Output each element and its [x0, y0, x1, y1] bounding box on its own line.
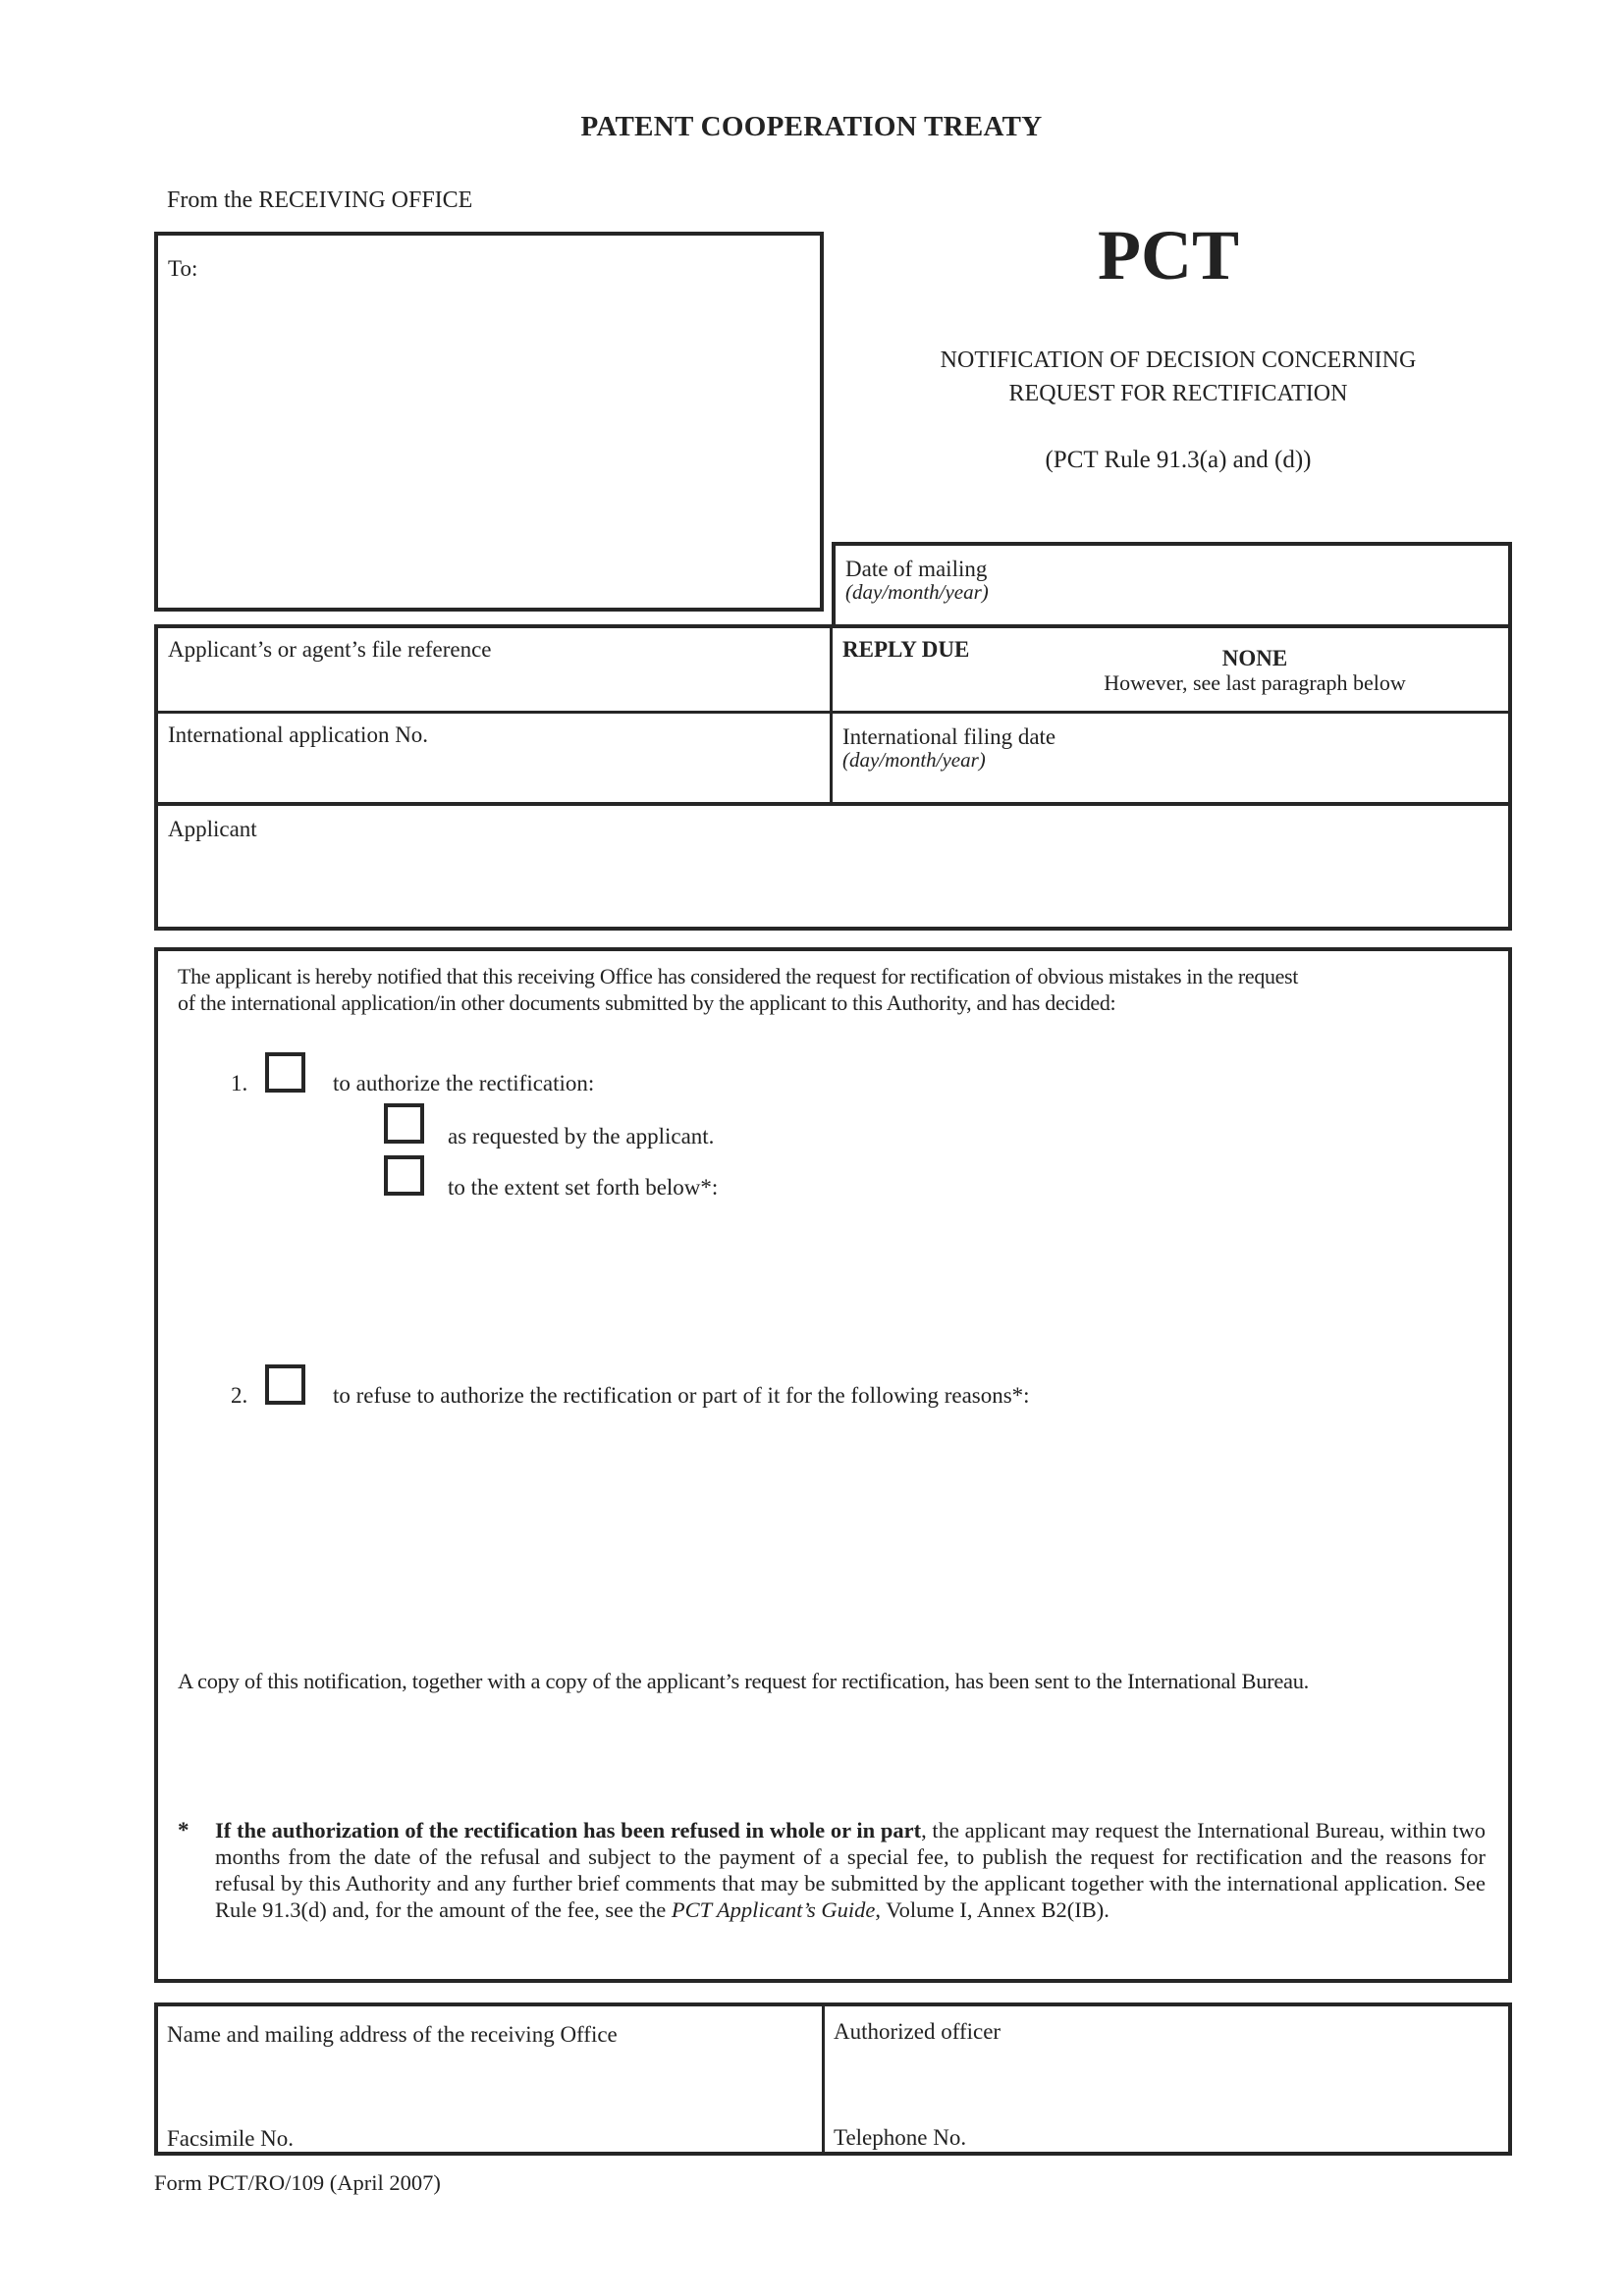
rectification-extent-text-area[interactable] — [177, 1207, 1488, 1355]
from-receiving-office: From the RECEIVING OFFICE — [167, 188, 472, 212]
to-label: To: — [168, 257, 197, 280]
date-of-mailing-format: (day/month/year) — [845, 582, 989, 603]
option-2-checkbox[interactable] — [265, 1364, 305, 1405]
authorized-officer-field[interactable]: Authorized officer Telephone No. — [825, 2006, 1508, 2152]
authorized-officer-label: Authorized officer — [834, 2020, 1001, 2043]
international-application-number-label: International application No. — [168, 723, 428, 746]
international-filing-date-format: (day/month/year) — [842, 750, 986, 771]
international-filing-date-field[interactable]: International filing date (day/month/yea… — [833, 714, 1508, 802]
date-of-mailing-box[interactable]: Date of mailing (day/month/year) — [832, 542, 1512, 628]
applicant-label: Applicant — [168, 818, 257, 840]
form-identifier: Form PCT/RO/109 (April 2007) — [154, 2172, 441, 2195]
footnote-paragraph: If the authorization of the rectificatio… — [215, 1817, 1486, 1923]
refusal-reasons-text-area[interactable] — [177, 1418, 1488, 1649]
reply-due-field: REPLY DUE NONE However, see last paragra… — [833, 628, 1508, 711]
option-1a-checkbox[interactable] — [384, 1103, 424, 1144]
option-1b-checkbox[interactable] — [384, 1155, 424, 1196]
reply-due-label: REPLY DUE — [842, 638, 969, 661]
receiving-office-address-field[interactable]: Name and mailing address of the receivin… — [158, 2006, 822, 2152]
international-application-number-field[interactable]: International application No. — [158, 714, 830, 802]
copy-sent-notice: A copy of this notification, together wi… — [178, 1671, 1309, 1693]
file-reference-field[interactable]: Applicant’s or agent’s file reference — [158, 628, 830, 711]
rule-reference: (PCT Rule 91.3(a) and (d)) — [884, 448, 1473, 472]
option-1-checkbox[interactable] — [265, 1052, 305, 1093]
option-1a-label: as requested by the applicant. — [448, 1125, 714, 1148]
facsimile-label: Facsimile No. — [167, 2127, 294, 2150]
option-2-number: 2. — [231, 1384, 247, 1407]
international-filing-date-label: International filing date — [842, 725, 1055, 748]
footnote-bold-lead: If the authorization of the rectificatio… — [215, 1818, 921, 1842]
to-address-box[interactable]: To: — [154, 232, 824, 612]
option-1-label: to authorize the rectification: — [333, 1072, 594, 1095]
decision-intro-line2: of the international application/in othe… — [178, 992, 1115, 1014]
footnote-marker: * — [178, 1819, 189, 1842]
file-reference-label: Applicant’s or agent’s file reference — [168, 638, 492, 661]
applicants-guide-reference: PCT Applicant’s Guide — [672, 1897, 876, 1922]
option-2-label: to refuse to authorize the rectification… — [333, 1384, 1030, 1407]
footnote-text-end: , Volume I, Annex B2(IB). — [875, 1897, 1109, 1922]
name-address-label: Name and mailing address of the receivin… — [167, 2023, 618, 2046]
telephone-label: Telephone No. — [834, 2126, 966, 2149]
option-1b-label: to the extent set forth below*: — [448, 1176, 718, 1199]
reply-due-note: However, see last paragraph below — [1058, 672, 1451, 694]
reply-due-value: NONE — [1088, 647, 1422, 669]
date-of-mailing-label: Date of mailing — [845, 558, 987, 580]
form-title: PATENT COOPERATION TREATY — [0, 113, 1623, 141]
notification-title-line2: REQUEST FOR RECTIFICATION — [884, 382, 1473, 405]
pct-logo-text: PCT — [1021, 220, 1316, 291]
notification-title-line1: NOTIFICATION OF DECISION CONCERNING — [884, 348, 1473, 372]
option-1-number: 1. — [231, 1072, 247, 1095]
decision-intro-line1: The applicant is hereby notified that th… — [178, 966, 1298, 988]
applicant-field[interactable]: Applicant — [158, 806, 1508, 927]
